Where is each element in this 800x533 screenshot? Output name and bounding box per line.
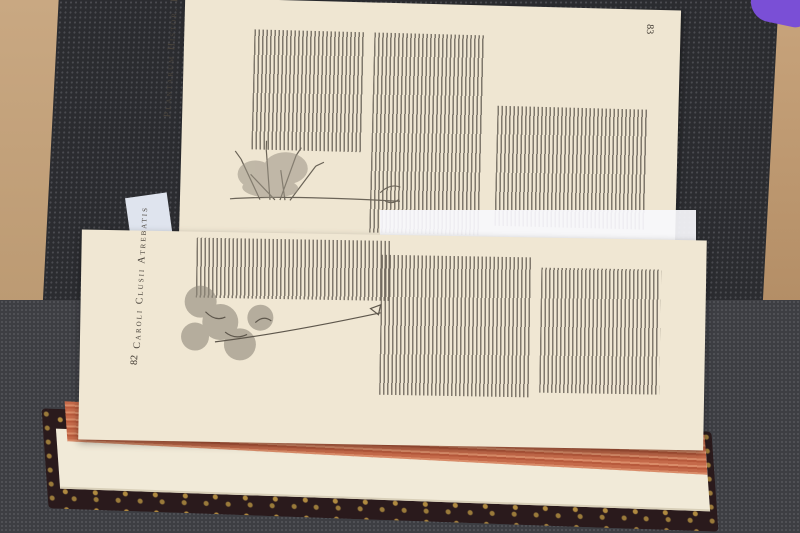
woodcut-plant-icon (164, 281, 386, 380)
lower-page: 82 Caroli Clusii Atrebatis (78, 230, 707, 451)
lower-text-column-3 (539, 268, 661, 395)
photo-scene: 83 Plantarum Histor. Liber I. ... p. 2 8… (0, 0, 800, 533)
lower-text-column-2 (379, 255, 531, 398)
upper-page-number: 83 (644, 24, 655, 34)
upper-text-column-1 (251, 29, 364, 152)
lower-page-number: 82 (129, 355, 141, 366)
